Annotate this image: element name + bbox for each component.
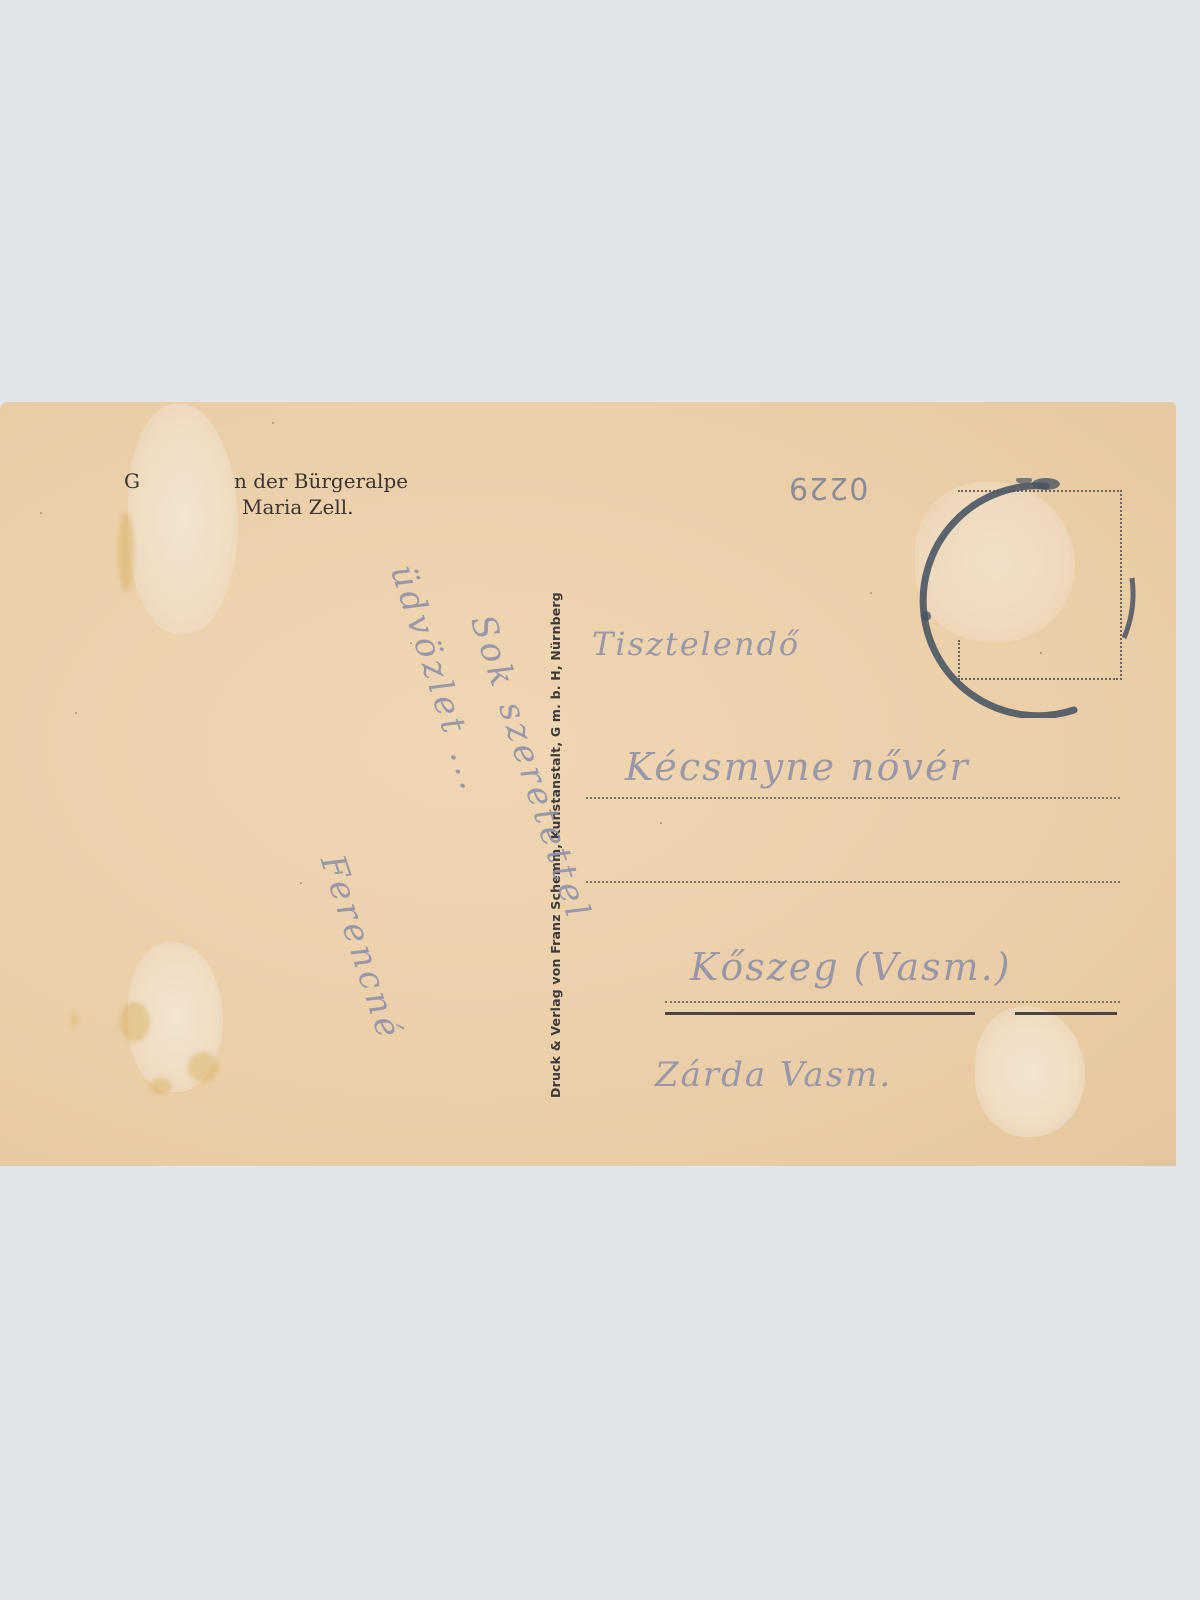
address-underline: [665, 1012, 975, 1015]
pencil-note: 0229: [788, 470, 868, 505]
glue-stain: [188, 1052, 218, 1082]
address-underline: [1015, 1012, 1117, 1015]
address-line-2: Kécsmyne nővér: [625, 745, 970, 789]
glue-stain: [120, 1002, 150, 1042]
title-line2: Maria Zell.: [124, 494, 408, 520]
glue-stain: [118, 512, 134, 592]
address-dotted-line: [665, 1001, 1120, 1003]
address-dotted-line: [586, 797, 1120, 799]
printed-title: Gn der Bürgeralpe Maria Zell.: [124, 468, 408, 520]
address-dotted-line: [586, 881, 1120, 883]
paper-scuff: [975, 1007, 1085, 1137]
postmark-icon: [896, 478, 1136, 718]
title-line1: n der Bürgeralpe: [234, 469, 408, 493]
address-line-1: Tisztelendő: [592, 625, 800, 663]
glue-stain: [70, 1014, 78, 1026]
address-line-3: Kőszeg (Vasm.): [690, 945, 1012, 989]
title-prefix: G: [124, 468, 234, 494]
glue-stain: [150, 1078, 172, 1094]
address-line-4: Zárda Vasm.: [655, 1055, 892, 1095]
